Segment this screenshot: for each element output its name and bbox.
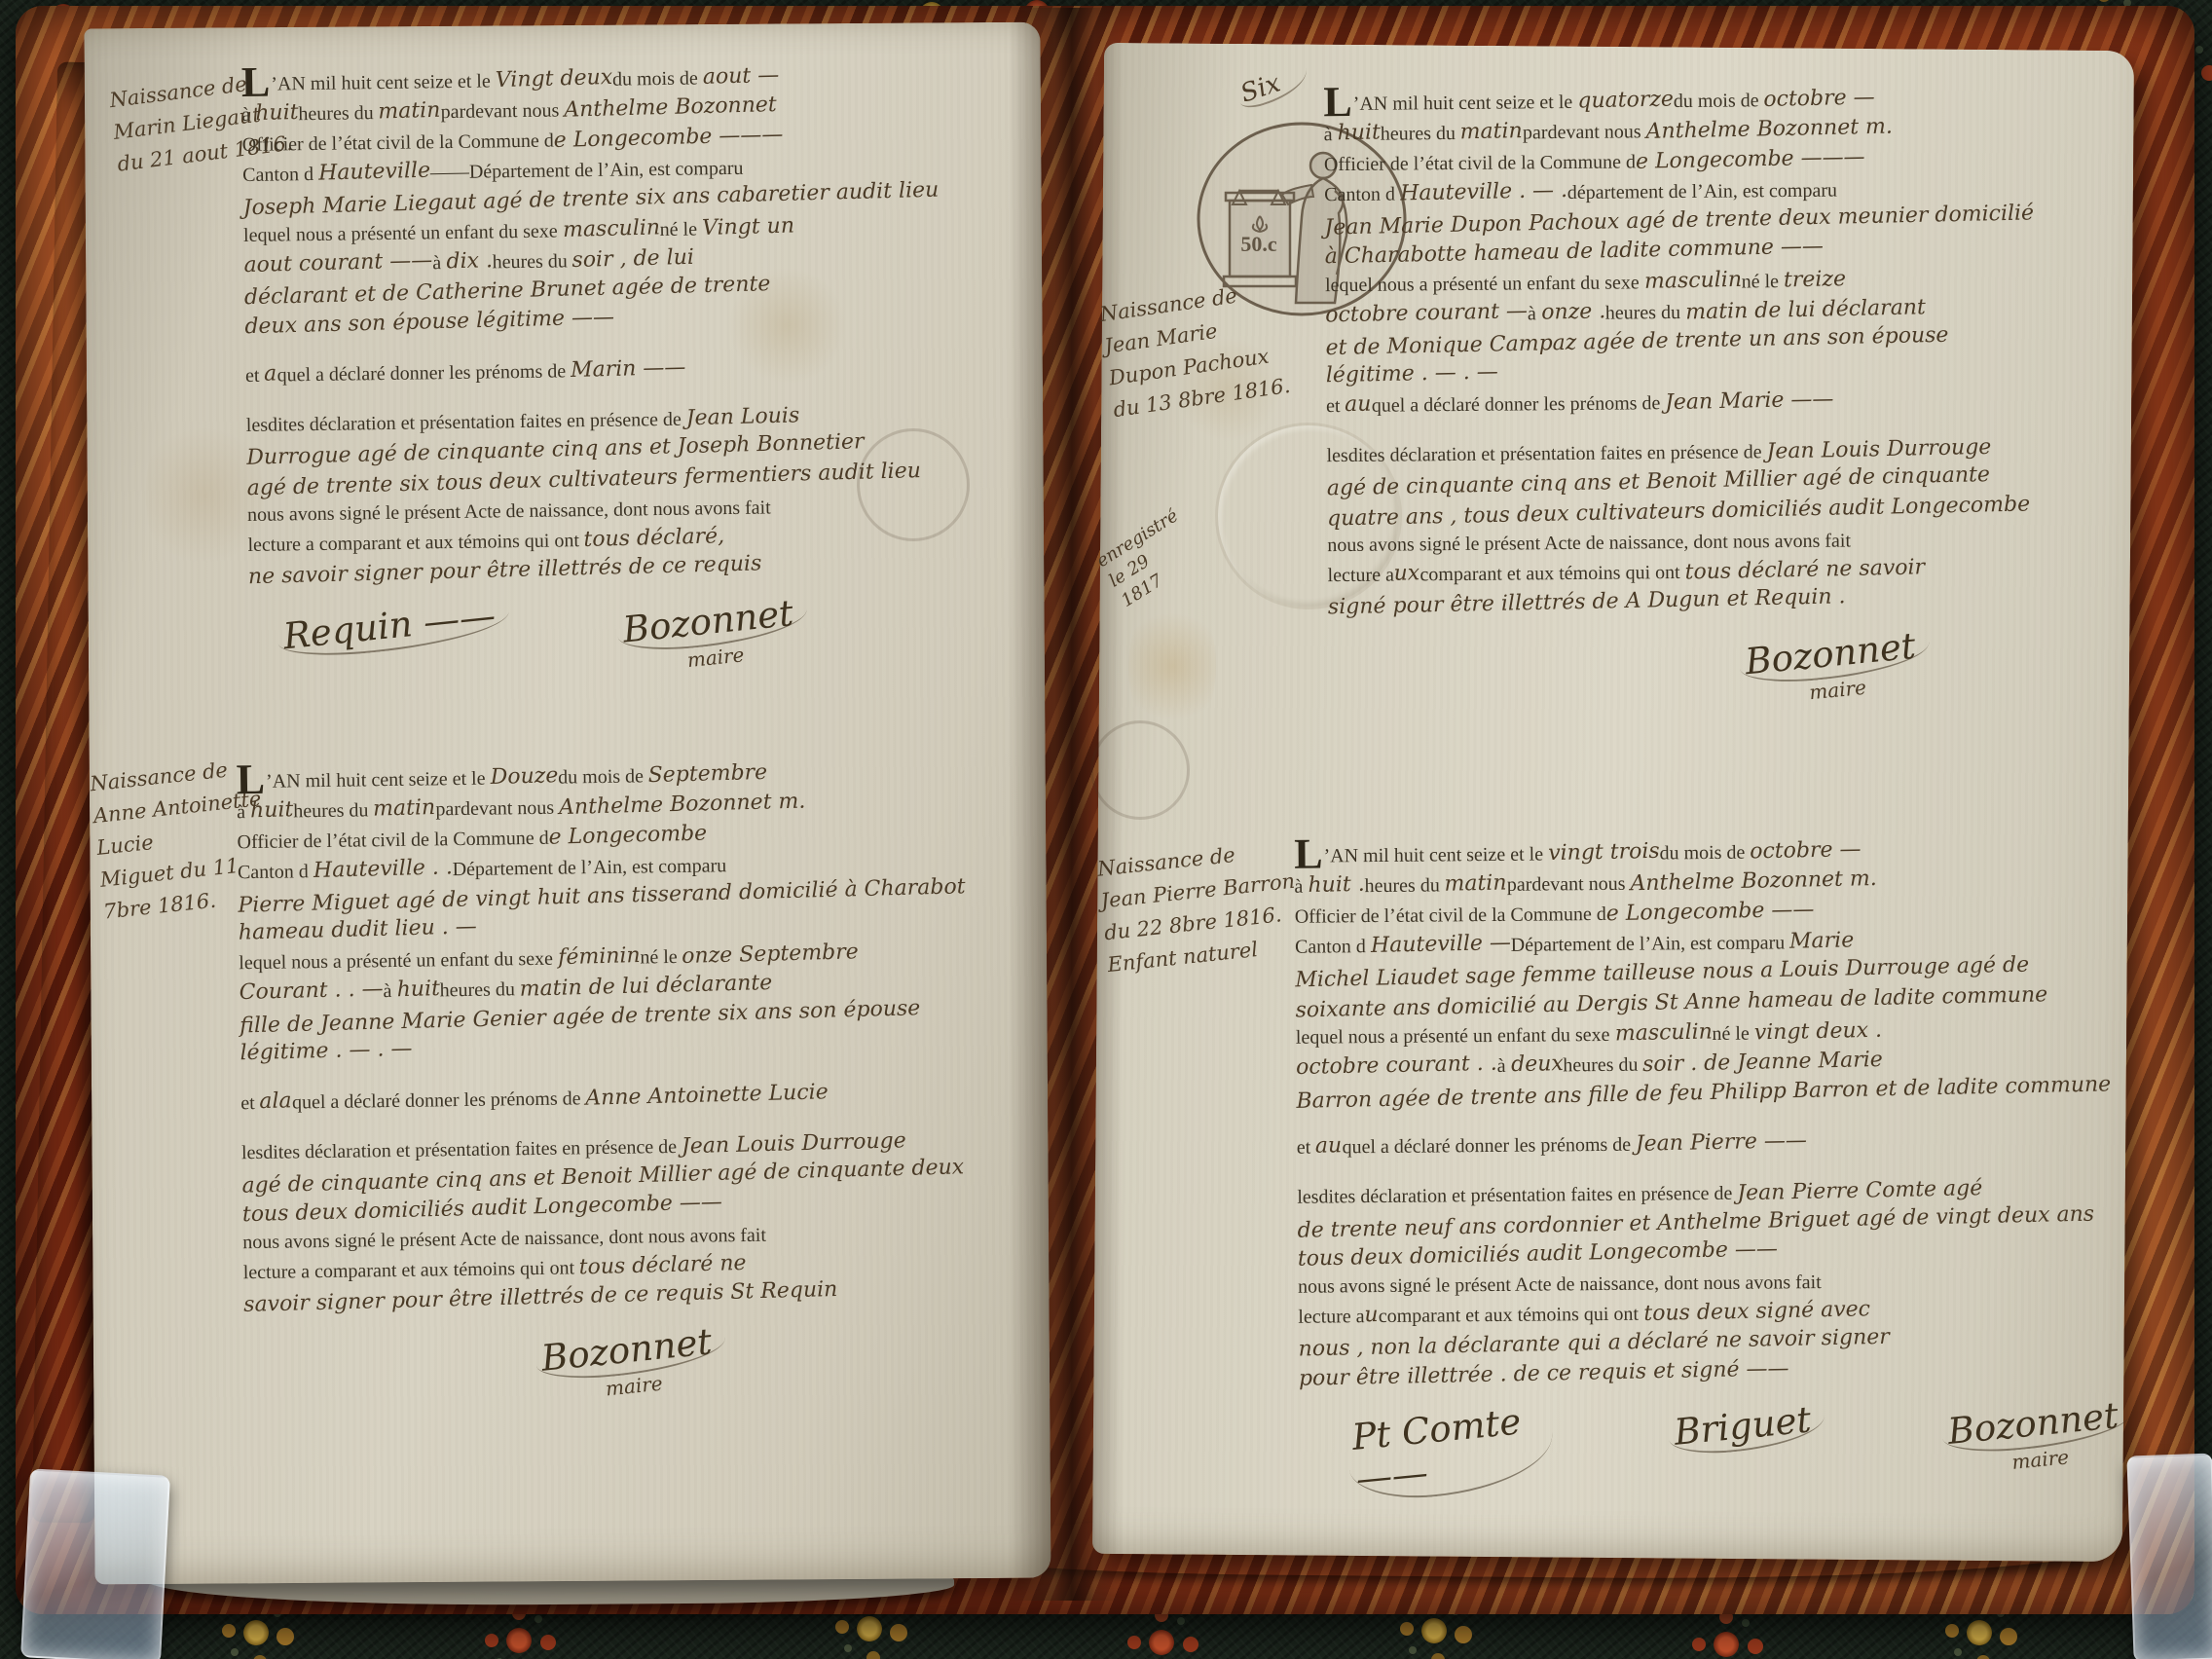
signature: Briguet xyxy=(1667,1397,1831,1499)
handwritten-text: octobre — xyxy=(1750,835,1862,866)
printed-text: à xyxy=(1294,876,1308,898)
printed-text: pardevant nous xyxy=(1523,121,1646,143)
printed-text: nous avons signé le présent Acte de nais… xyxy=(242,1225,766,1254)
handwritten-text: masculin xyxy=(1643,266,1742,296)
printed-text: nous avons signé le présent Acte de nais… xyxy=(1298,1272,1822,1298)
printed-text: du mois de xyxy=(612,67,703,90)
acrylic-weight-left xyxy=(20,1468,170,1659)
printed-text: Officier de l’état civil de la Commune d xyxy=(242,130,554,156)
printed-text: Officier de l’état civil de la Commune d xyxy=(1295,903,1606,928)
printed-text: comparant et aux témoins qui ont xyxy=(319,530,584,555)
handwritten-text: Anthelme Bozonnet m. xyxy=(559,788,806,823)
signature: Bozonnetmaire xyxy=(1738,623,1935,710)
signature: Bozonnetmaire xyxy=(1940,1393,2138,1498)
fabric-flower xyxy=(1421,1618,1447,1643)
handwritten-text: masculin xyxy=(1614,1017,1713,1048)
handwritten-text: e Longecombe ——— xyxy=(1636,143,1865,176)
handwritten-text: tous déclaré ne savoir xyxy=(1684,553,1925,586)
act-line: et de Monique Campaz agée de trente un a… xyxy=(1325,325,2035,361)
handwritten-text: aout — xyxy=(702,61,779,92)
handwritten-text: matin xyxy=(1460,117,1524,146)
page-stain xyxy=(1127,588,1216,745)
handwritten-text: Anne Antoinette Lucie xyxy=(585,1078,829,1113)
act-body-text: L’AN mil huit cent seize et le vingt tro… xyxy=(1294,831,2135,1495)
printed-text: né le xyxy=(660,218,703,240)
handwritten-text: au xyxy=(1315,1131,1343,1161)
printed-text: lequel nous a présenté un enfant du sexe xyxy=(243,220,563,246)
handwritten-text: légitime . — . — xyxy=(240,1035,413,1068)
printed-text: lesdites déclaration et présentation fai… xyxy=(1326,441,1766,466)
signatures: Bozonnetmaire xyxy=(1328,632,1931,706)
handwritten-text: matin xyxy=(378,96,441,127)
margin-annotation: Naissance deJean MarieDupon Pachouxdu 13… xyxy=(1098,275,1293,426)
handwritten-text: ux xyxy=(1394,559,1420,588)
handwritten-text: Jean Louis xyxy=(685,401,799,432)
svg-text:50.c: 50.c xyxy=(1240,232,1277,256)
fabric-flower xyxy=(506,1628,532,1653)
printed-text: Officier de l’état civil de la Commune d xyxy=(237,828,548,853)
printed-text: Département de l’Ain, est comparu xyxy=(452,855,726,880)
printed-text: ’AN mil huit cent seize et le xyxy=(1323,843,1548,866)
printed-text: heures du xyxy=(1364,874,1444,897)
handwritten-text: e Longecombe ——— xyxy=(553,121,783,155)
printed-text: quel a déclaré donner les prénoms de xyxy=(1372,392,1666,417)
handwritten-text: vingt trois xyxy=(1548,837,1660,867)
signatures: Pt Comte ——BriguetBozonnetmaire xyxy=(1347,1401,2135,1495)
signatures: Bozonnetmaire xyxy=(536,1324,973,1399)
printed-text: heures du xyxy=(1605,302,1685,324)
signature: Requin —— xyxy=(276,593,514,685)
handwritten-text: tous déclaré, xyxy=(584,522,725,554)
printed-text: Canton d xyxy=(1324,184,1400,206)
printed-text: ’AN mil huit cent seize et le xyxy=(271,70,496,94)
handwritten-text: onze . xyxy=(1541,297,1606,326)
printed-text: heures du xyxy=(298,102,379,125)
printed-text: heures du xyxy=(492,250,572,273)
handwritten-text: au xyxy=(1345,390,1372,420)
handwritten-text: aout courant —— xyxy=(243,246,432,279)
margin-annotation: Naissance deJean Pierre Barrondu 22 8bre… xyxy=(1096,833,1304,981)
handwritten-text: vingt deux . xyxy=(1754,1016,1883,1048)
printed-text: lesdites déclaration et présentation fai… xyxy=(1297,1183,1737,1208)
handwritten-text: ala xyxy=(259,1087,292,1116)
printed-text: à xyxy=(383,980,396,1002)
printed-text: et xyxy=(1326,395,1346,417)
act-line: signé pour être illettrés de A Dugun et … xyxy=(1328,585,2038,621)
drop-cap: L xyxy=(1294,845,1323,865)
printed-text: nous avons signé le présent Acte de nais… xyxy=(247,497,771,526)
printed-text: né le xyxy=(640,946,682,969)
printed-text: Canton d xyxy=(242,164,318,186)
signature: Bozonnetmaire xyxy=(534,1319,730,1407)
printed-text: lequel nous a présenté un enfant du sexe xyxy=(239,948,558,975)
printed-text: ’AN mil huit cent seize et le xyxy=(266,768,491,793)
printed-text: à xyxy=(1528,303,1541,324)
printed-text: et xyxy=(240,1092,260,1114)
printed-text: du mois de xyxy=(1674,90,1764,112)
printed-text: département de l’Ain, est comparu xyxy=(1567,180,1837,203)
printed-text: quel a déclaré donner les prénoms de xyxy=(1342,1134,1636,1159)
printed-text: et xyxy=(1297,1137,1316,1159)
handwritten-text: a xyxy=(264,359,277,387)
signatures: Requin ——Bozonnetmaire xyxy=(277,597,945,676)
printed-text: né le xyxy=(1742,271,1785,292)
printed-text: heures du xyxy=(1563,1054,1642,1077)
handwritten-text: quatorze xyxy=(1577,85,1674,115)
handwritten-text: octobre courant . . xyxy=(1296,1050,1497,1082)
printed-text: lequel nous a présenté un enfant du sexe xyxy=(1296,1024,1615,1049)
fabric-flower xyxy=(1149,1630,1174,1655)
handwritten-text: Hauteville xyxy=(318,157,431,188)
printed-text: du mois de xyxy=(1659,842,1750,865)
printed-text: et xyxy=(245,365,265,387)
handwritten-text: Courant . . — xyxy=(239,975,384,1007)
handwritten-text: dix . xyxy=(446,246,493,276)
handwritten-text: huit xyxy=(255,98,299,128)
printed-text: quel a déclaré donner les prénoms de xyxy=(277,360,571,386)
fabric-flower xyxy=(857,1616,882,1641)
printed-text: nous avons signé le présent Acte de nais… xyxy=(1327,530,1851,556)
fabric-flower xyxy=(243,1620,269,1645)
printed-text: heures du xyxy=(1381,123,1460,145)
handwritten-text: tous déclaré ne xyxy=(579,1249,748,1281)
act-body-text: L’AN mil huit cent seize et le Vingt deu… xyxy=(241,57,945,676)
handwritten-text: Vingt deux xyxy=(495,63,612,94)
fabric-flower xyxy=(1967,1620,1992,1645)
printed-text: comparant et aux témoins qui ont xyxy=(314,1257,579,1282)
handwritten-text: légitime . — . — xyxy=(1326,358,1498,390)
handwritten-text: Marie xyxy=(1789,926,1855,955)
handwritten-text: Douze xyxy=(490,761,558,792)
drop-cap: L xyxy=(1323,92,1352,112)
acrylic-weight-right xyxy=(2126,1454,2212,1659)
handwritten-text: deux xyxy=(1510,1050,1563,1079)
handwritten-text: e Longecombe xyxy=(548,820,707,852)
handwritten-text: Anthelme Bozonnet m. xyxy=(1645,113,1893,146)
printed-text: Officier de l’état civil de la Commune d xyxy=(1324,151,1636,175)
handwritten-text: hameau dudit lieu . — xyxy=(239,912,478,946)
handwritten-text: octobre courant — xyxy=(1325,297,1528,329)
printed-text: quel a déclaré donner les prénoms de xyxy=(292,1088,586,1113)
handwritten-text: Anthelme Bozonnet xyxy=(564,91,777,125)
printed-text: lesdites déclaration et présentation fai… xyxy=(241,1136,682,1163)
handwritten-text: Jean Pierre —— xyxy=(1636,1126,1808,1159)
handwritten-text: soir , de lui xyxy=(571,243,694,275)
handwritten-text: huit xyxy=(396,975,440,1004)
printed-text: à xyxy=(1324,124,1338,145)
printed-text: pardevant nous xyxy=(435,797,559,821)
handwritten-text: matin xyxy=(1444,868,1507,898)
printed-text: comparant et aux témoins qui ont xyxy=(1379,1304,1643,1327)
handwritten-text: féminin xyxy=(558,941,641,972)
handwritten-text: masculin xyxy=(562,213,660,244)
fabric-flower xyxy=(1714,1632,1739,1657)
signature: Bozonnetmaire xyxy=(614,591,811,679)
handwritten-text: u xyxy=(1364,1301,1379,1329)
drop-cap: L xyxy=(241,73,271,92)
printed-text: pardevant nous xyxy=(1507,873,1631,896)
handwritten-text: Hauteville . . xyxy=(313,853,453,885)
printed-text: à xyxy=(1497,1055,1511,1077)
printed-text: à xyxy=(237,801,250,823)
printed-text: lecture a xyxy=(247,534,319,556)
handwritten-text: octobre — xyxy=(1763,84,1875,114)
handwritten-text: huit . xyxy=(1308,870,1365,900)
drop-cap: L xyxy=(237,770,266,790)
printed-text: lecture a xyxy=(1298,1306,1364,1328)
act-line: quatre ans , tous deux cultivateurs domi… xyxy=(1327,496,2037,532)
act-body-text: L’AN mil huit cent seize et le Douze du … xyxy=(236,755,972,1403)
printed-text: à xyxy=(432,252,446,274)
printed-text: né le xyxy=(1712,1023,1754,1045)
printed-text: à xyxy=(241,104,255,126)
act-body-text: L’AN mil huit cent seize et le quatorze … xyxy=(1323,81,2038,706)
handwritten-text: Vingt un xyxy=(702,212,795,242)
handwritten-text: Hauteville — xyxy=(1371,929,1511,960)
printed-text: du mois de xyxy=(558,765,648,788)
handwritten-text: Septembre xyxy=(648,758,768,790)
handwritten-text: matin xyxy=(373,793,436,824)
handwritten-text: Marin —— xyxy=(571,353,686,385)
printed-text: pardevant nous xyxy=(441,99,565,123)
printed-text: lequel nous a présenté un enfant du sexe xyxy=(1325,272,1644,296)
printed-text: ——Département de l’Ain, est comparu xyxy=(430,158,744,183)
handwritten-text: huit xyxy=(1337,118,1381,147)
act-line: pour être illettrée . de ce requis et si… xyxy=(1299,1355,2134,1392)
signature: Pt Comte —— xyxy=(1345,1397,1558,1504)
printed-text: comparant et aux témoins qui ont xyxy=(1419,562,1684,585)
printed-text: lecture a xyxy=(1328,565,1394,587)
handwritten-text: Anthelme Bozonnet m. xyxy=(1630,865,1877,898)
printed-text: Département de l’Ain, est comparu xyxy=(1511,932,1790,955)
handwritten-text: soir . de Jeanne Marie xyxy=(1642,1046,1883,1079)
printed-text: lesdites déclaration et présentation fai… xyxy=(246,409,686,436)
handwritten-text: e Longecombe —— xyxy=(1606,896,1815,928)
printed-text: lecture a xyxy=(243,1261,315,1283)
handwritten-text: huit xyxy=(250,795,294,825)
printed-text: ’AN mil huit cent seize et le xyxy=(1353,92,1578,115)
printed-text: heures du xyxy=(440,978,521,1001)
photo-scene: Naissance deMarin Liegautdu 21 aout 1816… xyxy=(0,0,2212,1659)
handwritten-text: Hauteville . — . xyxy=(1400,176,1567,208)
printed-text: heures du xyxy=(293,799,374,822)
printed-text: Canton d xyxy=(1295,936,1371,958)
printed-text: Canton d xyxy=(238,861,313,883)
handwritten-text: onze Septembre xyxy=(682,938,859,971)
handwritten-text: treize xyxy=(1784,265,1847,294)
handwritten-text: Jean Marie —— xyxy=(1665,386,1834,418)
